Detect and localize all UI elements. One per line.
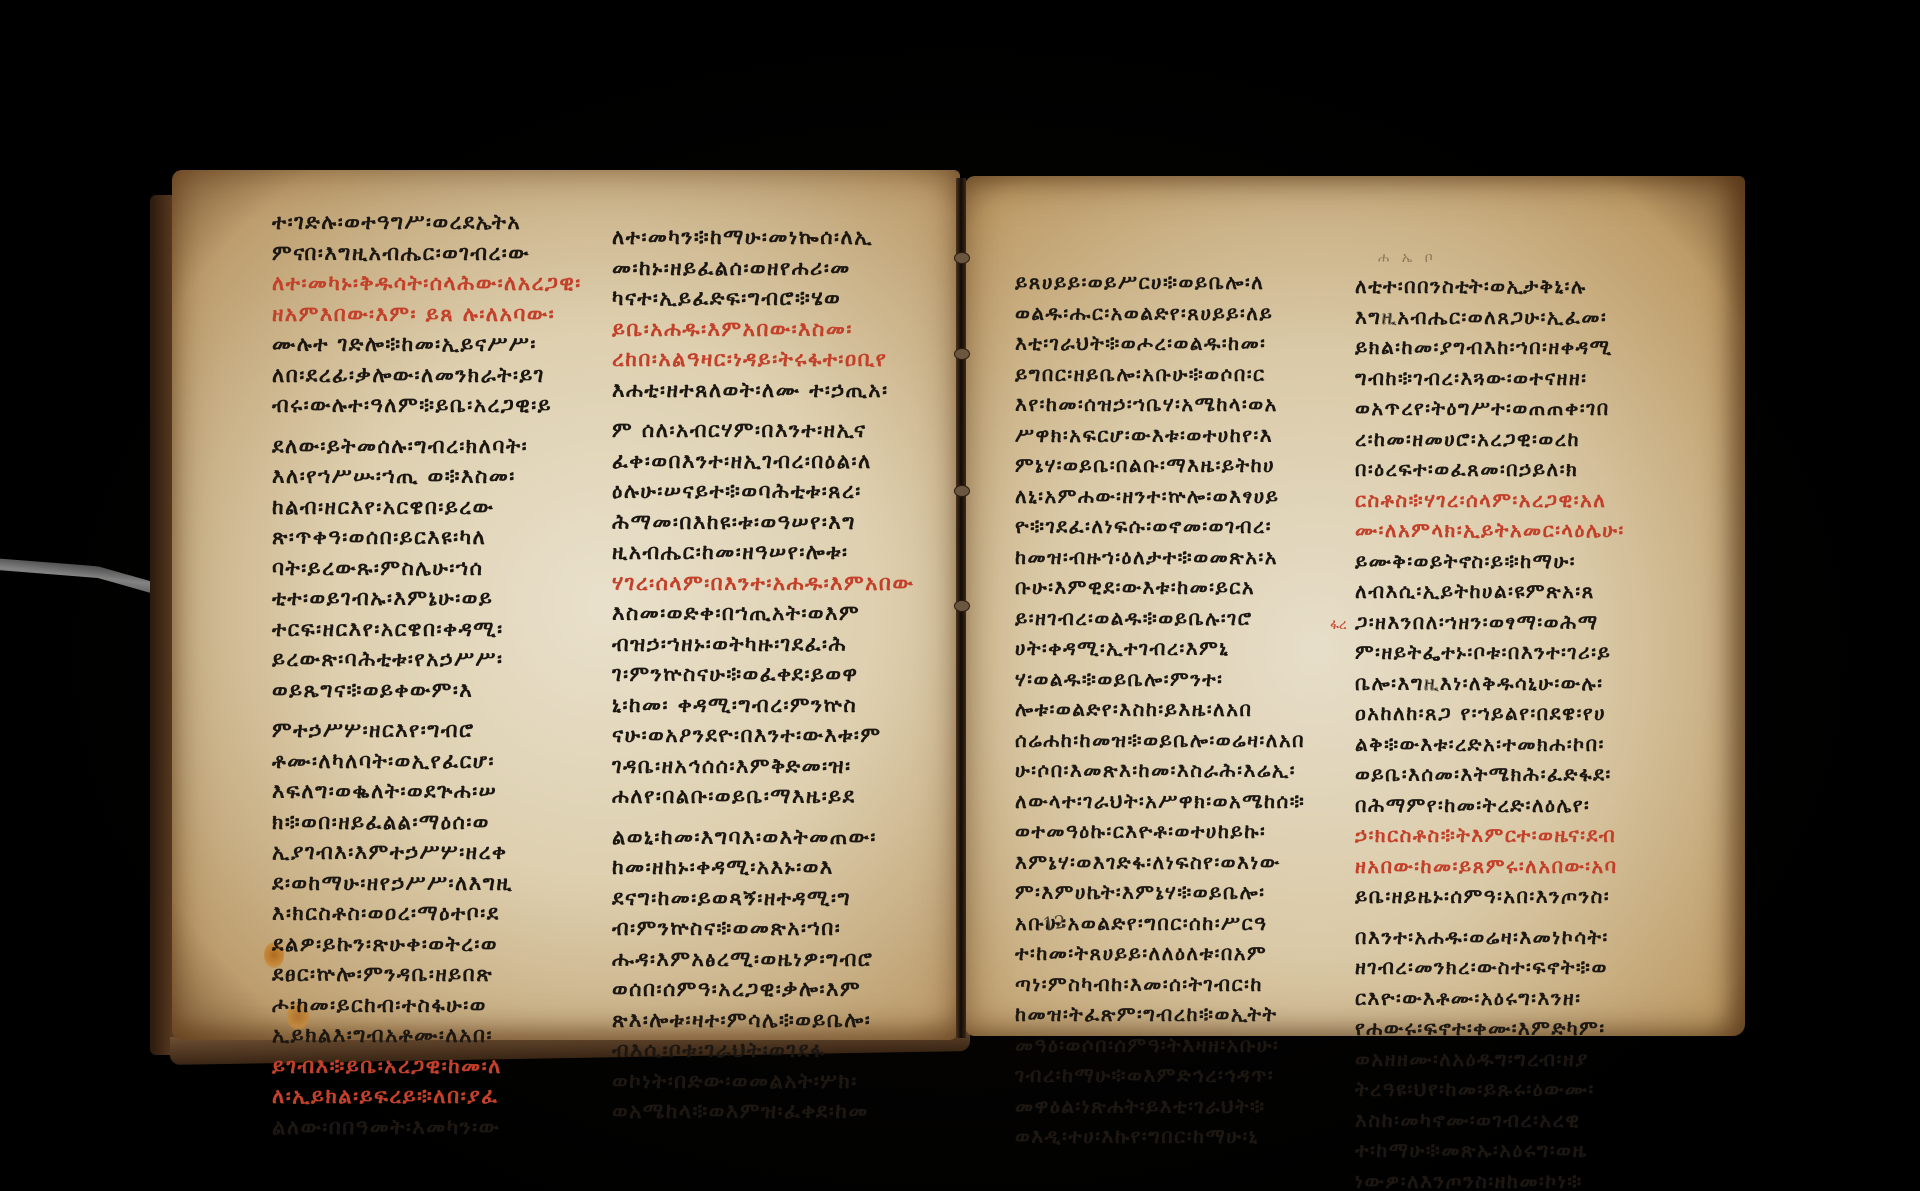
text-line: ገዳቤ፡ዘአኅሰሰ፡እምቅድመ፡ዝ፡ xyxy=(612,751,914,782)
text-line: ዮ፨ገደፈ፡ለነፍሱ፡ወኖመ፡ወገብረ፡ xyxy=(1015,511,1305,542)
text-line: ዕሉሁ፡ሠናይተ፨ወባሕቲቱ፡ጸረ፡ xyxy=(612,476,914,507)
text-line: እስከ፡መካኖሙ፡ወገብረ፡አረዊ xyxy=(1355,1105,1625,1136)
text-line: ወእዲ፡ተሀ፡እኩየ፡ግበር፡ከማሁ፡ኒ xyxy=(1015,1121,1305,1152)
sewing-station xyxy=(954,252,970,264)
text-line: ልቅ፨ውእቱ፡ረድአ፡ተመክሐ፡ኮበ፡ xyxy=(1355,729,1625,760)
text-line: ባት፡ይረውጹ፡ምስሌሁ፡ኀሰ xyxy=(272,553,582,584)
rubric-line: ርስቶስ፨ሃገረ፡ሰላም፡አረጋዊ፡አለ xyxy=(1355,485,1625,516)
text-line: ብእሲ፡ቦቱ፡ገራህት፡ወገደፋ xyxy=(612,1035,914,1066)
text-line: ገብረ፡ከማሁ፨ወእምድኅረ፡ኅዳጥ፡ xyxy=(1015,1060,1305,1091)
faint-heading: ሐ ኤ ቦ xyxy=(1378,250,1437,266)
text-line: ሀት፡ቀዳሚ፡ኢተገብረ፡እምኒ xyxy=(1015,633,1305,664)
text-line: ይቤ፡ዘይዜኑ፡ሰምዓ፡አበ፡እንጦንስ፡ xyxy=(1355,881,1625,912)
text-line: በሕማምየ፡ከመ፡ትረድ፡ለዕሌየ፡ xyxy=(1355,790,1625,821)
text-line: ወይቤ፡እሰመ፡እትሜክሕ፡ፈድፋደ፡ xyxy=(1355,759,1625,790)
text-line: ለቲተ፡በበንስቲት፡ወኢታቅኒ፡ሉ xyxy=(1355,271,1625,302)
text-line: ልወኒ፡ከመ፡እግባእ፡ወእትመጠው፡ xyxy=(612,822,914,853)
margin-annotation: ፋረ xyxy=(1330,617,1347,633)
text-line: ይክል፡ከመ፡ያግብእከ፡ኀበ፡ዘቀዳሚ xyxy=(1355,332,1625,363)
text-line: ተ፡ገድሉ፡ወተዓግሥ፡ወረደኤትአ xyxy=(272,207,582,238)
text-line: መዓዕ፡ወሶበ፡ሰምዓ፡ትእዛዘ፡አቡሁ፡ xyxy=(1015,1030,1305,1061)
text-line: ሎቱ፡ወልድየ፡እስከ፡ይእዜ፡ለአበ xyxy=(1015,694,1305,725)
rubric-line: ይቤ፡አሐዱ፡እምአበው፡እስመ፡ xyxy=(612,314,914,345)
text-line: ም ሰለ፡አብርሃም፡በእንተ፡ዘኢና xyxy=(612,415,914,446)
text-line: ሥዋክ፡አፍርሆ፡ውእቱ፡ወተሀከየ፡እ xyxy=(1015,420,1305,451)
rubric-line: ሃገረ፡ሰላም፡በእንተ፡አሐዱ፡እምአበው xyxy=(612,568,914,599)
text-line: ኒ፡ከመ፡ ቀዳሚ፡ግብረ፡ምንኵስ xyxy=(612,690,914,721)
text-line: ወተመዓዕኩ፡ርእዮቶ፡ወተሀከይኩ፡ xyxy=(1015,816,1305,847)
text-line: ደፀር፡ኵሎ፡ምንዳቤ፡ዘይበጽ xyxy=(272,959,582,990)
text-line: ከመዝ፡ትፈጽም፡ግብረከ፨ወኢትት xyxy=(1015,999,1305,1030)
rubric-line: ለ፡ኢይክል፡ይፍረይ፨ለበ፡ያፈ xyxy=(272,1081,582,1112)
text-line: ደ፡ወከማሁ፡ዘየኃሥሥ፡ለእግዚ xyxy=(272,868,582,899)
text-line: መዋዕል፡ነጽሐት፡ይእቲ፡ገራህት፨ xyxy=(1015,1091,1305,1122)
text-line: ናሁ፡ወአዖንደዮ፡በእንተ፡ውእቱ፡ም xyxy=(612,720,914,751)
text-line: ሐለየ፡በልቡ፡ወይቤ፡ማእዜ፡ይደ xyxy=(612,781,914,812)
text-line: ቤሎ፡እግዚእነ፡ለቅዱሳኒሁ፡ውሉ፡ xyxy=(1355,668,1625,699)
text-line: ፈቀ፡ወበእንተ፡ዘኢገብረ፡በዕል፡ለ xyxy=(612,446,914,477)
text-line: ቲተ፡ወይገብኡ፡እምኔሁ፡ወይ xyxy=(272,583,582,614)
text-line: እየ፡ከመ፡ሰዝኃ፡ኀቤሃ፡አሜከላ፡ወአ xyxy=(1015,389,1305,420)
text-line: ጋ፡ዘእንበለ፡ኀዘን፡ወፃማ፡ወሕማ xyxy=(1355,607,1625,638)
text-line: ገ፡ምንኵስናሁ፨ወፈቀደ፡ይወዋ xyxy=(612,659,914,690)
text-line: ደናግ፡ከመ፡ይወጻኝ፡ዘተዳሚ፡ግ xyxy=(612,883,914,914)
rubric-line: ዘአምእበው፡እም፡ ይጸ ሉ፡ለአባው፡ xyxy=(272,299,582,330)
text-line: ለውላተ፡ገራህት፡አሥዋክ፡ወአሜከሰ፨ xyxy=(1015,786,1305,817)
text-line: እምኔሃ፡ወእገድፋ፡ለነፍስየ፡ወእነው xyxy=(1015,847,1305,878)
text-line: እስመ፡ወድቀ፡በኀጢአት፡ወእም xyxy=(612,598,914,629)
sewing-station xyxy=(954,485,970,497)
text-line: እቲ፡ገራህት፨ወሖረ፡ወልዱ፡ከመ፡ xyxy=(1015,328,1305,359)
rubric-line: ይገብእ፨ይቤ፡አረጋዊ፡ከመ፡ለ xyxy=(272,1051,582,1082)
text-line: የሐውሩ፡ፍኖተ፡ቀሙ፡እምድካም፡ xyxy=(1355,1013,1625,1044)
text-line: ም፡እምሀኬት፡እምኔሃ፨ወይቤሎ፡ xyxy=(1015,877,1305,908)
text-line: ወይጼግና፨ወይቀውም፡እ xyxy=(272,675,582,706)
text-line: ሰሬሐከ፡ከመዝ፨ወይቤሎ፡ወሬዛ፡ለአበ xyxy=(1015,725,1305,756)
text-line: ኢይክልእ፡ግብአቶሙ፡ለአበ፡ xyxy=(272,1020,582,1051)
text-line: ይግበር፡ዘይቤሎ፡አቡሁ፨ወሶበ፡ር xyxy=(1015,359,1305,390)
rubric-line: ኃ፡ክርስቶስ፨ትእምርተ፡ወዜና፡ደብ xyxy=(1355,820,1625,851)
text-line: ወአሜከላ፨ወእምዝ፡ፈቀደ፡ከመ xyxy=(612,1096,914,1127)
text-line: እሐቲ፡ዘተጸለወት፡ለሙ ተ፡ኃጢአ፡ xyxy=(612,375,914,406)
text-line: እፍለግ፡ወቈለት፡ወደጕሐ፡ሠ xyxy=(272,776,582,807)
text-line: ርእዮ፡ውእቶሙ፡አዕሩግ፡እንዘ፡ xyxy=(1355,983,1625,1014)
text-line: ምተኃሥሦ፡ዘርእየ፡ግብሮ xyxy=(272,715,582,746)
left-page-column-2: ለተ፡መካን፨ከማሁ፡መነኰሰ፡ለኢ መ፡ከኑ፡ዘይፈልሰ፡ወዘየሐሪ፡መ ካና… xyxy=(612,222,914,1127)
text-line: ካናተ፡ኢይፈድፍ፡ግብሮ፨ሄወ xyxy=(612,283,914,314)
text-line: ወኮነት፡በድው፡ወመልአት፡ሦክ፡ xyxy=(612,1066,914,1097)
text-line: ለተ፡መካን፨ከማሁ፡መነኰሰ፡ለኢ xyxy=(612,222,914,253)
text-line: እግዚአብሔር፡ወለጸጋሁ፡ኢፈመ፡ xyxy=(1355,302,1625,333)
text-line: ምናበ፡እግዚአብሔር፡ወገብረ፡ው xyxy=(272,238,582,269)
sewing-station xyxy=(954,348,970,360)
text-line: ሖ፡ከመ፡ይርከብ፡ተስፋሁ፡ወ xyxy=(272,990,582,1021)
text-line: ጽእ፡ሎቱ፡ዛተ፡ምሳሌ፨ወይቤሎ፡ xyxy=(612,1005,914,1036)
rubric-line: ሙ፡ለአምላክ፡ኢይትአመር፡ላዕሌሁ፡ xyxy=(1355,515,1625,546)
text-line: ከመዝ፡ብዙኀ፡ዕለታተ፨ወመጽአ፡አ xyxy=(1015,542,1305,573)
text-line: ዚአብሔር፡ከመ፡ዘዓሠየ፡ሎቱ፡ xyxy=(612,537,914,568)
text-line: ሁ፡ሶበ፡እመጽእ፡ከመ፡እስራሕ፡እሬኢ፡ xyxy=(1015,755,1305,786)
text-line: ሃ፡ወልዱ፨ወይቤሎ፡ምንተ፡ xyxy=(1015,664,1305,695)
text-line: ጽ፡ጥቀዓ፡ወሰበ፡ይርእዩ፡ካለ xyxy=(272,522,582,553)
text-line: ደለው፡ይትመሰሉ፡ግብረ፡ክለባት፡ xyxy=(272,431,582,462)
text-line: ሙሉተ ገድሎ፨ከመ፡ኢይናሥሥ፡ xyxy=(272,329,582,360)
page-number: 12 xyxy=(1042,912,1068,936)
text-line: ቶሙ፡ለካለባት፡ወኢየፈርሆ፡ xyxy=(272,746,582,777)
text-line: ልለው፡በበዓመት፡እመካን፡ው xyxy=(272,1112,582,1143)
text-line: ዘገብረ፡መንክረ፡ውስተ፡ፍኖት፨ወ xyxy=(1355,952,1625,983)
text-line: እ፡ክርስቶስ፡ወዐረ፡ማዕተቦ፡ደ xyxy=(272,898,582,929)
right-page-column-2: ለቲተ፡በበንስቲት፡ወኢታቅኒ፡ሉ እግዚአብሔር፡ወለጸጋሁ፡ኢፈመ፡ ይክ… xyxy=(1355,271,1625,1191)
text-line: ተርፍ፡ዘርእየ፡አርዌበ፡ቀዳሚ፡ xyxy=(272,614,582,645)
text-line: በእንተ፡አሐዱ፡ወሬዛ፡እመነኮሳት፡ xyxy=(1355,922,1625,953)
text-line: ትረዓዩ፡ህየ፡ከመ፡ይጹሩ፡ዕውሙ፡ xyxy=(1355,1074,1625,1105)
text-line: ከመ፡ዘከኑ፡ቀዳሚ፡አእኑ፡ወእ xyxy=(612,852,914,883)
left-page-column-1: ተ፡ገድሉ፡ወተዓግሥ፡ወረደኤትአ ምናበ፡እግዚአብሔር፡ወገብረ፡ው ለተ… xyxy=(272,207,582,1142)
text-line: ለበ፡ደረፊ፡ቃሎው፡ለመንክራት፡ይገ xyxy=(272,360,582,391)
rubric-line: ረከበ፡አልዓዛር፡ነዳይ፡ትሩፋተ፡ዐቢየ xyxy=(612,344,914,375)
text-line: ተ፡ከመ፡ትጸሀይይ፡ለለዕለቱ፡በአም xyxy=(1015,938,1305,969)
text-line: መ፡ከኑ፡ዘይፈልሰ፡ወዘየሐሪ፡መ xyxy=(612,253,914,284)
text-line: ደልዎ፡ይኩን፡ጽሁቀ፡ወትረ፡ወ xyxy=(272,929,582,960)
text-line: ምኔሃ፡ወይቤ፡በልቡ፡ማእዜ፡ይትከሀ xyxy=(1015,450,1305,481)
text-line: ለብእሲ፡ኢይትከሀል፡ዩምጽአ፡ጸ xyxy=(1355,576,1625,607)
text-line: ኢያገብእ፡እምተኃሥሦ፡ዘረቀ xyxy=(272,837,582,868)
text-line: ክ፨ወበ፡ዘይፈልል፡ማዕሰ፡ወ xyxy=(272,807,582,838)
text-line: ረ፡ከመ፡ዘመሀሮ፡አረጋዊ፡ወረከ xyxy=(1355,424,1625,455)
text-line: ይ፡ዘገብረ፡ወልዱ፨ወይቤሉ፡ገሮ xyxy=(1015,603,1305,634)
text-line: ብሩ፡ውሉተ፡ዓለም፨ይቤ፡አረጋዊ፡ይ xyxy=(272,390,582,421)
sewing-station xyxy=(954,600,970,612)
text-line: ወሰበ፡ሰምዓ፡አረጋዊ፡ቃሎ፡እም xyxy=(612,974,914,1005)
text-line: ጣነ፡ምስካብከ፡እመ፡ሰ፡ትገብር፡ከ xyxy=(1015,969,1305,1000)
text-line: ብዝኃ፡ኀዘኑ፡ወትካዙ፡ገደፈ፡ሕ xyxy=(612,629,914,660)
text-line: ለኒ፡አምሐው፡ዘንተ፡ኵሎ፡ወእፃሀይ xyxy=(1015,481,1305,512)
text-line: ከልብ፡ዘርእየ፡አርዌበ፡ይረው xyxy=(272,492,582,523)
text-line: ወአዘዘሙ፡ለአዕዱግ፡ግረብ፡ዘያ xyxy=(1355,1044,1625,1075)
manuscript-scene: ተ፡ገድሉ፡ወተዓግሥ፡ወረደኤትአ ምናበ፡እግዚአብሔር፡ወገብረ፡ው ለተ… xyxy=(0,0,1920,1191)
text-line: ሕማመ፡በእከዩ፡ቱ፡ወዓሠየ፡እግ xyxy=(612,507,914,538)
text-line: ነውዎ፡ለእንጦንስ፡ዘከመ፡ኮነ፨ xyxy=(1355,1166,1625,1191)
text-line: ዐአከለከ፡ጸጋ የ፡ኀይልየ፡በደዌ፡የሀ xyxy=(1355,698,1625,729)
text-line: ም፡ዘይትፌተኑ፡ቦቱ፡በእንተ፡ገሪ፡ይ xyxy=(1355,637,1625,668)
text-line: ይሙቅ፡ወይትኖስ፡ይ፨ከማሁ፡ xyxy=(1355,546,1625,577)
text-line: ሑዳ፡እምአፅረሚ፡ወዜነዎ፡ግብሮ xyxy=(612,944,914,975)
rubric-line: ዘአበው፡ከመ፡ይጸምሩ፡ለአበው፡አባ xyxy=(1355,851,1625,882)
text-line: ወልዱ፡ሑር፡አወልድየ፡ጸሀይይ፡ለይ xyxy=(1015,298,1305,329)
rubric-line: ለተ፡መካኑ፡ቅዱሳት፡ሰላሕው፡ለአረጋዊ፡ xyxy=(272,268,582,299)
text-line: ይጸሀይይ፡ወይሥርሀ፨ወይቤሎ፡ለ xyxy=(1015,267,1305,298)
text-line: ግብከ፨ገብረ፡እጓው፡ወተናዘዘ፡ xyxy=(1355,363,1625,394)
text-line: ይረውጽ፡ባሕቲቱ፡የአኃሥሥ፡ xyxy=(272,644,582,675)
text-line: ቡሁ፡እምዊደ፡ውእቱ፡ከመ፡ይርአ xyxy=(1015,572,1305,603)
text-line: ተ፡ከማሁ፨መጽኡ፡አዕሩግ፡ወዜ xyxy=(1355,1135,1625,1166)
right-page-column-1: ይጸሀይይ፡ወይሥርሀ፨ወይቤሎ፡ለ ወልዱ፡ሑር፡አወልድየ፡ጸሀይይ፡ለይ … xyxy=(1015,267,1305,1152)
text-line: በ፡ዕረፍተ፡ወፈጸመ፡በኃይለ፡ክ xyxy=(1355,454,1625,485)
text-line: እለ፡የኀሥሡ፡ኀጢ ወ፨እስመ፡ xyxy=(272,461,582,492)
text-line: ወአጥረየ፡ትዕግሥተ፡ወጠጠቀ፡ገበ xyxy=(1355,393,1625,424)
text-line: ብ፡ምንኵስና፨ወመጽአ፡ኀበ፡ xyxy=(612,913,914,944)
